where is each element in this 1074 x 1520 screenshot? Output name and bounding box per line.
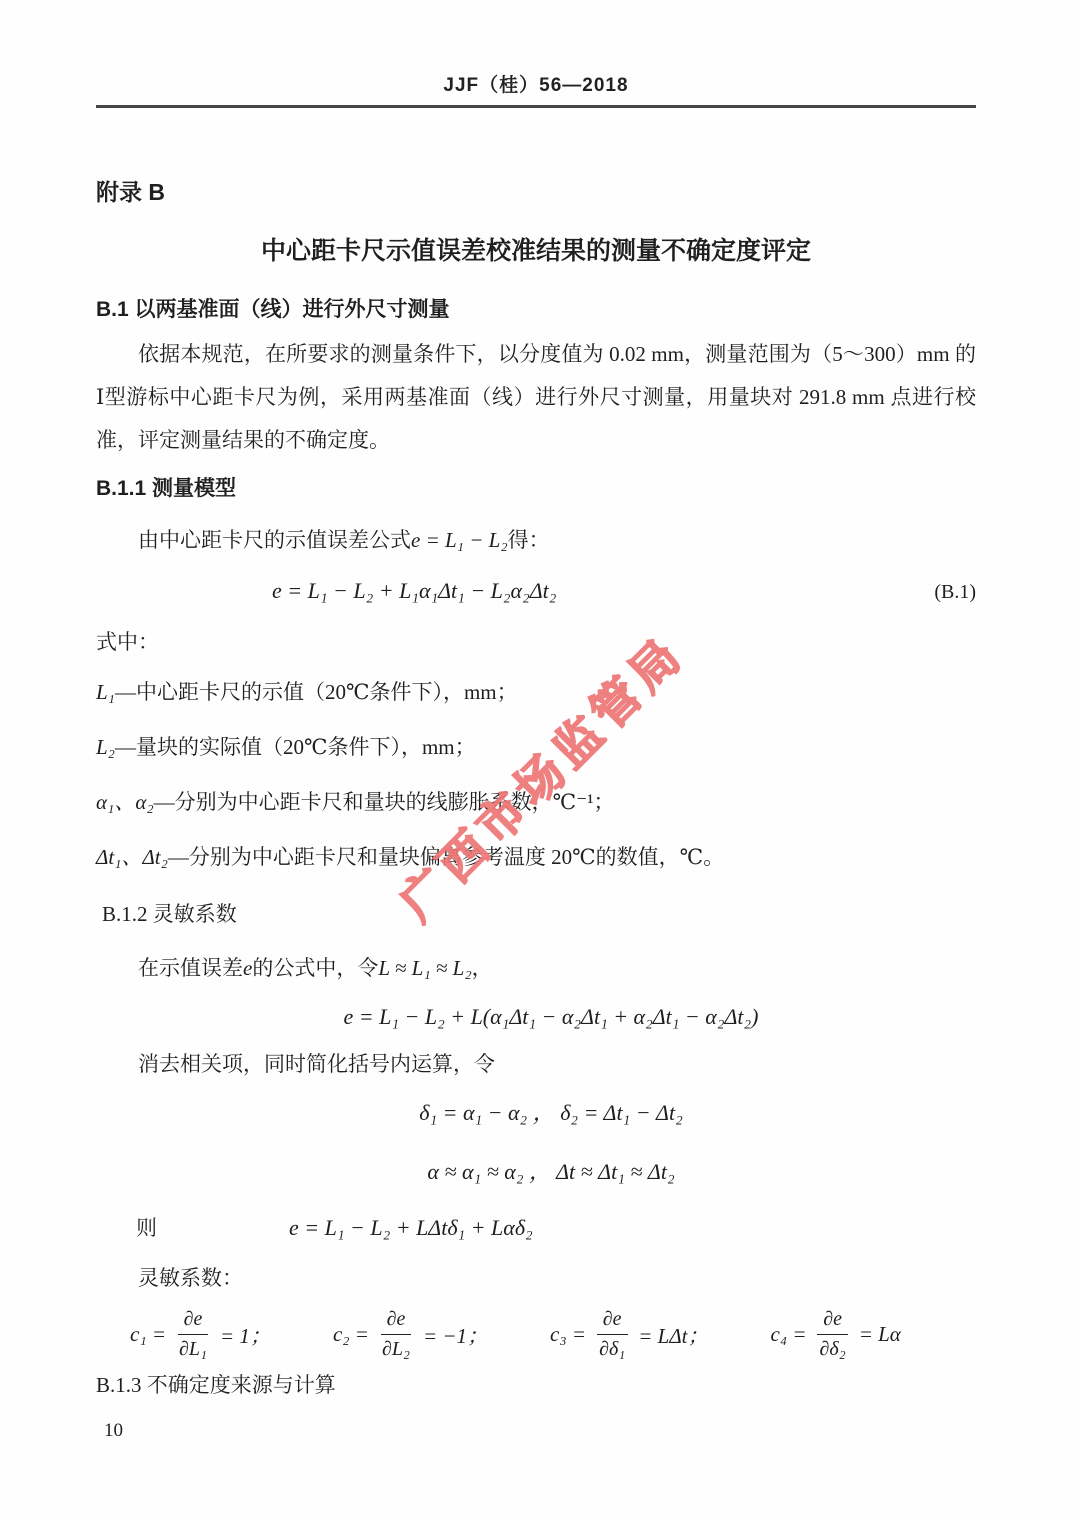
b12-intro-mid: 的公式中，令 xyxy=(252,956,378,980)
doc-number-header: JJF（桂）56—2018 xyxy=(96,70,976,97)
definition-l1-desc: —中心距卡尺的示值（20℃条件下），mm； xyxy=(115,680,518,704)
formula-approximations: α ≈ α₁ ≈ α₂ ， Δt ≈ Δt₁ ≈ Δt₂ xyxy=(96,1155,976,1186)
formula-b1: e = L₁ − L₂ + L₁α₁Δt₁ − L₂α₂Δt₂ xyxy=(272,578,556,604)
section-b11-heading: B.1.1 测量模型 xyxy=(96,472,976,502)
coefficient-c2-denominator: ∂L₂ xyxy=(376,1335,416,1361)
coefficient-c4: c₄ = ∂e ∂δ₂ = Lα xyxy=(771,1308,901,1361)
coefficient-c3-lhs: c₃ = xyxy=(550,1322,586,1347)
header-rule xyxy=(96,105,976,108)
page-number: 10 xyxy=(104,1420,123,1442)
coefficient-c1: c₁ = ∂e ∂L₁ = 1； xyxy=(130,1308,271,1361)
coefficient-c1-fraction: ∂e ∂L₁ xyxy=(173,1308,213,1361)
coefficient-c3-rhs: = LΔt； xyxy=(638,1320,708,1350)
sensitivity-label: 灵敏系数： xyxy=(96,1262,976,1292)
page-title: 中心距卡尺示值误差校准结果的测量不确定度评定 xyxy=(96,231,976,267)
definition-l2-desc: —量块的实际值（20℃条件下），mm； xyxy=(115,735,476,759)
b12-intro-line: 在示值误差e的公式中，令L ≈ L₁ ≈ L₂， xyxy=(96,952,976,982)
coefficient-c4-lhs: c₄ = xyxy=(771,1322,807,1347)
where-label: 式中： xyxy=(96,626,976,656)
coefficient-c4-denominator: ∂δ₂ xyxy=(814,1335,852,1361)
document-page: JJF（桂）56—2018 附录 B 中心距卡尺示值误差校准结果的测量不确定度评… xyxy=(0,0,1074,1520)
definition-l2: L₂—量块的实际值（20℃条件下），mm； xyxy=(96,733,976,762)
then-row: 则 e = L₁ − L₂ + LΔtδ₁ + Lαδ₂ xyxy=(96,1212,976,1242)
coefficient-c4-numerator: ∂e xyxy=(817,1308,848,1335)
definition-alpha-desc: —分别为中心距卡尺和量块的线膨胀系数，℃⁻¹； xyxy=(154,790,615,814)
appendix-label: 附录 B xyxy=(96,174,976,207)
coefficient-c1-lhs: c₁ = xyxy=(130,1322,166,1347)
coefficient-c1-denominator: ∂L₁ xyxy=(173,1335,213,1361)
definition-deltat-symbol: Δt₁、Δt₂ xyxy=(96,845,168,869)
formula-b1-row: e = L₁ − L₂ + L₁α₁Δt₁ − L₂α₂Δt₂ (B.1) xyxy=(96,578,976,604)
formula-result: e = L₁ − L₂ + LΔtδ₁ + Lαδ₂ xyxy=(289,1215,533,1241)
definition-l1: L₁—中心距卡尺的示值（20℃条件下），mm； xyxy=(96,678,976,707)
section-b1-heading: B.1 以两基准面（线）进行外尺寸测量 xyxy=(96,293,976,323)
definition-l2-symbol: L₂ xyxy=(96,735,115,759)
coefficient-c2-numerator: ∂e xyxy=(381,1308,412,1335)
coefficient-c4-rhs: = Lα xyxy=(859,1322,901,1347)
coefficient-c1-rhs: = 1； xyxy=(220,1320,271,1350)
section-b1-paragraph: 依据本规范，在所要求的测量条件下，以分度值为 0.02 mm，测量范围为（5～3… xyxy=(96,333,976,462)
coefficient-c2-rhs: = −1； xyxy=(423,1320,488,1350)
definition-alpha-symbol: α₁、α₂ xyxy=(96,790,154,814)
definition-deltat-desc: —分别为中心距卡尺和量块偏离参考温度 20℃的数值，℃。 xyxy=(168,845,724,869)
definitions-list: L₁—中心距卡尺的示值（20℃条件下），mm； L₂—量块的实际值（20℃条件下… xyxy=(96,678,976,872)
formula-b1-tag: (B.1) xyxy=(934,581,976,604)
coefficient-c4-fraction: ∂e ∂δ₂ xyxy=(814,1308,852,1361)
b12-intro-math-l: L ≈ L₁ ≈ L₂ xyxy=(378,956,471,980)
section-b13-heading: B.1.3 不确定度来源与计算 xyxy=(96,1369,976,1399)
coefficient-c3-numerator: ∂e xyxy=(597,1308,628,1335)
coefficient-c2: c₂ = ∂e ∂L₂ = −1； xyxy=(333,1308,488,1361)
coefficient-c1-numerator: ∂e xyxy=(178,1308,209,1335)
definition-deltat: Δt₁、Δt₂—分别为中心距卡尺和量块偏离参考温度 20℃的数值，℃。 xyxy=(96,843,976,872)
formula-delta-defs: δ₁ = α₁ − α₂ ， δ₂ = Δt₁ − Δt₂ xyxy=(96,1096,976,1127)
coefficient-c3-denominator: ∂δ₁ xyxy=(593,1335,631,1361)
definition-l1-symbol: L₁ xyxy=(96,680,115,704)
coefficient-c3-fraction: ∂e ∂δ₁ xyxy=(593,1308,631,1361)
b11-intro-post: 得： xyxy=(508,528,550,552)
coefficient-c2-fraction: ∂e ∂L₂ xyxy=(376,1308,416,1361)
formula-expanded: e = L₁ − L₂ + L(α₁Δt₁ − α₂Δt₁ + α₂Δt₁ − … xyxy=(96,1004,976,1030)
then-label: 则 xyxy=(96,1212,157,1242)
b11-intro-pre: 由中心距卡尺的示值误差公式 xyxy=(138,528,411,552)
b12-intro-pre: 在示值误差 xyxy=(138,956,243,980)
b11-intro-math: e = L₁ − L₂ xyxy=(411,528,508,552)
section-b12-heading: B.1.2 灵敏系数 xyxy=(96,898,976,928)
coefficient-c2-lhs: c₂ = xyxy=(333,1322,369,1347)
coefficient-c3: c₃ = ∂e ∂δ₁ = LΔt； xyxy=(550,1308,708,1361)
b11-intro-line: 由中心距卡尺的示值误差公式e = L₁ − L₂得： xyxy=(96,524,976,554)
b12-intro-math-e: e xyxy=(243,956,252,980)
simplify-line: 消去相关项，同时简化括号内运算，令 xyxy=(96,1048,976,1078)
page-content: JJF（桂）56—2018 附录 B 中心距卡尺示值误差校准结果的测量不确定度评… xyxy=(0,0,1074,1399)
sensitivity-coefficients-row: c₁ = ∂e ∂L₁ = 1； c₂ = ∂e ∂L₂ = −1； c₃ = … xyxy=(96,1308,976,1361)
b12-intro-post: ， xyxy=(472,956,493,980)
definition-alpha: α₁、α₂—分别为中心距卡尺和量块的线膨胀系数，℃⁻¹； xyxy=(96,788,976,817)
